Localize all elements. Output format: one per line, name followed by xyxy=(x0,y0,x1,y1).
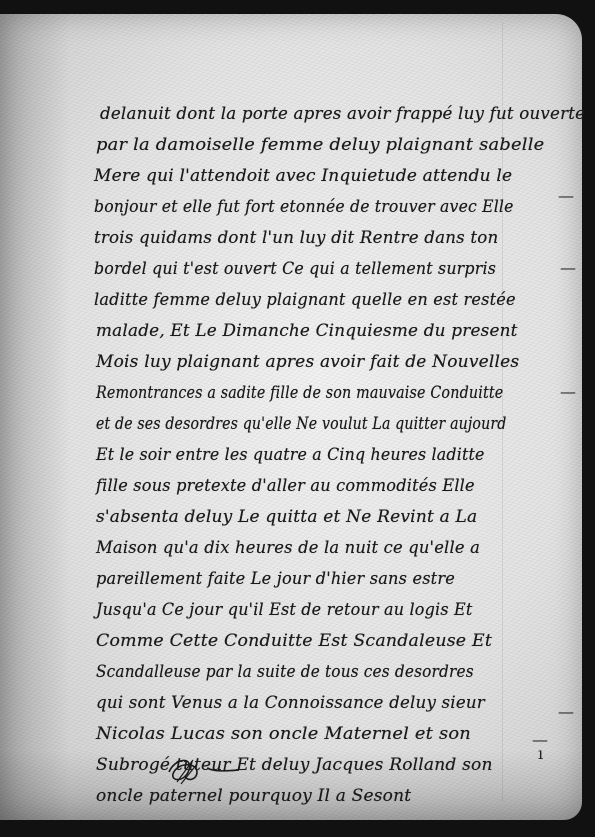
text-line-13: fille sous pretexte d'aller au commodité… xyxy=(96,476,556,507)
text-line-21: Nicolas Lucas son oncle Maternel et son xyxy=(96,724,595,755)
page-shadow-left xyxy=(0,14,70,820)
text-line-17: Jusqu'a Ce jour qu'il Est de retour au l… xyxy=(96,600,551,631)
text-line-10: Remontrances a sadite fille de son mauva… xyxy=(96,383,503,414)
text-line-6: bordel qui t'est ouvert Ce qui a telleme… xyxy=(94,259,546,290)
edge-dash-2: — xyxy=(560,258,576,277)
text-line-7: laditte femme deluy plaignant quelle en … xyxy=(94,290,556,321)
text-line-1: delanuit dont la porte apres avoir frapp… xyxy=(100,104,570,135)
edge-tick: ı xyxy=(538,744,543,763)
text-line-8: malade, Et Le Dimanche Cinquiesme du pre… xyxy=(96,321,575,352)
text-line-9: Mois luy plaignant apres avoir fait de N… xyxy=(96,352,580,383)
edge-dash-4: — xyxy=(558,702,574,721)
text-line-2: par la damoiselle femme deluy plaignant … xyxy=(96,135,595,166)
text-line-15: Maison qu'a dix heures de la nuit ce qu'… xyxy=(96,538,561,569)
text-line-20: qui sont Venus a la Connoissance deluy s… xyxy=(96,693,570,724)
text-line-16: pareillement faite Le jour d'hier sans e… xyxy=(96,569,556,600)
text-line-19: Scandalleuse par la suite de tous ces de… xyxy=(96,662,532,693)
edge-dash-3: — xyxy=(560,382,576,401)
text-line-12: Et le soir entre les quatre a Cinq heure… xyxy=(96,445,546,476)
text-line-3: Mere qui l'attendoit avec Inquietude att… xyxy=(94,166,580,197)
text-line-18: Comme Cette Conduitte Est Scandaleuse Et xyxy=(96,631,590,662)
text-line-11: et de ses desordres qu'elle Ne voulut La… xyxy=(96,414,498,445)
edge-dash-1: — xyxy=(558,186,574,205)
text-line-4: bonjour et elle fut fort etonnée de trou… xyxy=(94,197,541,228)
text-line-23: oncle paternel pourquoy Il a Sesont xyxy=(96,786,580,817)
handwritten-text-block: delanuit dont la porte apres avoir frapp… xyxy=(100,104,580,817)
text-line-14: s'absenta deluy Le quitta et Ne Revint a… xyxy=(96,507,580,538)
text-line-5: trois quidams dont l'un luy dit Rentre d… xyxy=(94,228,570,259)
paraph-signature-icon xyxy=(163,752,243,788)
